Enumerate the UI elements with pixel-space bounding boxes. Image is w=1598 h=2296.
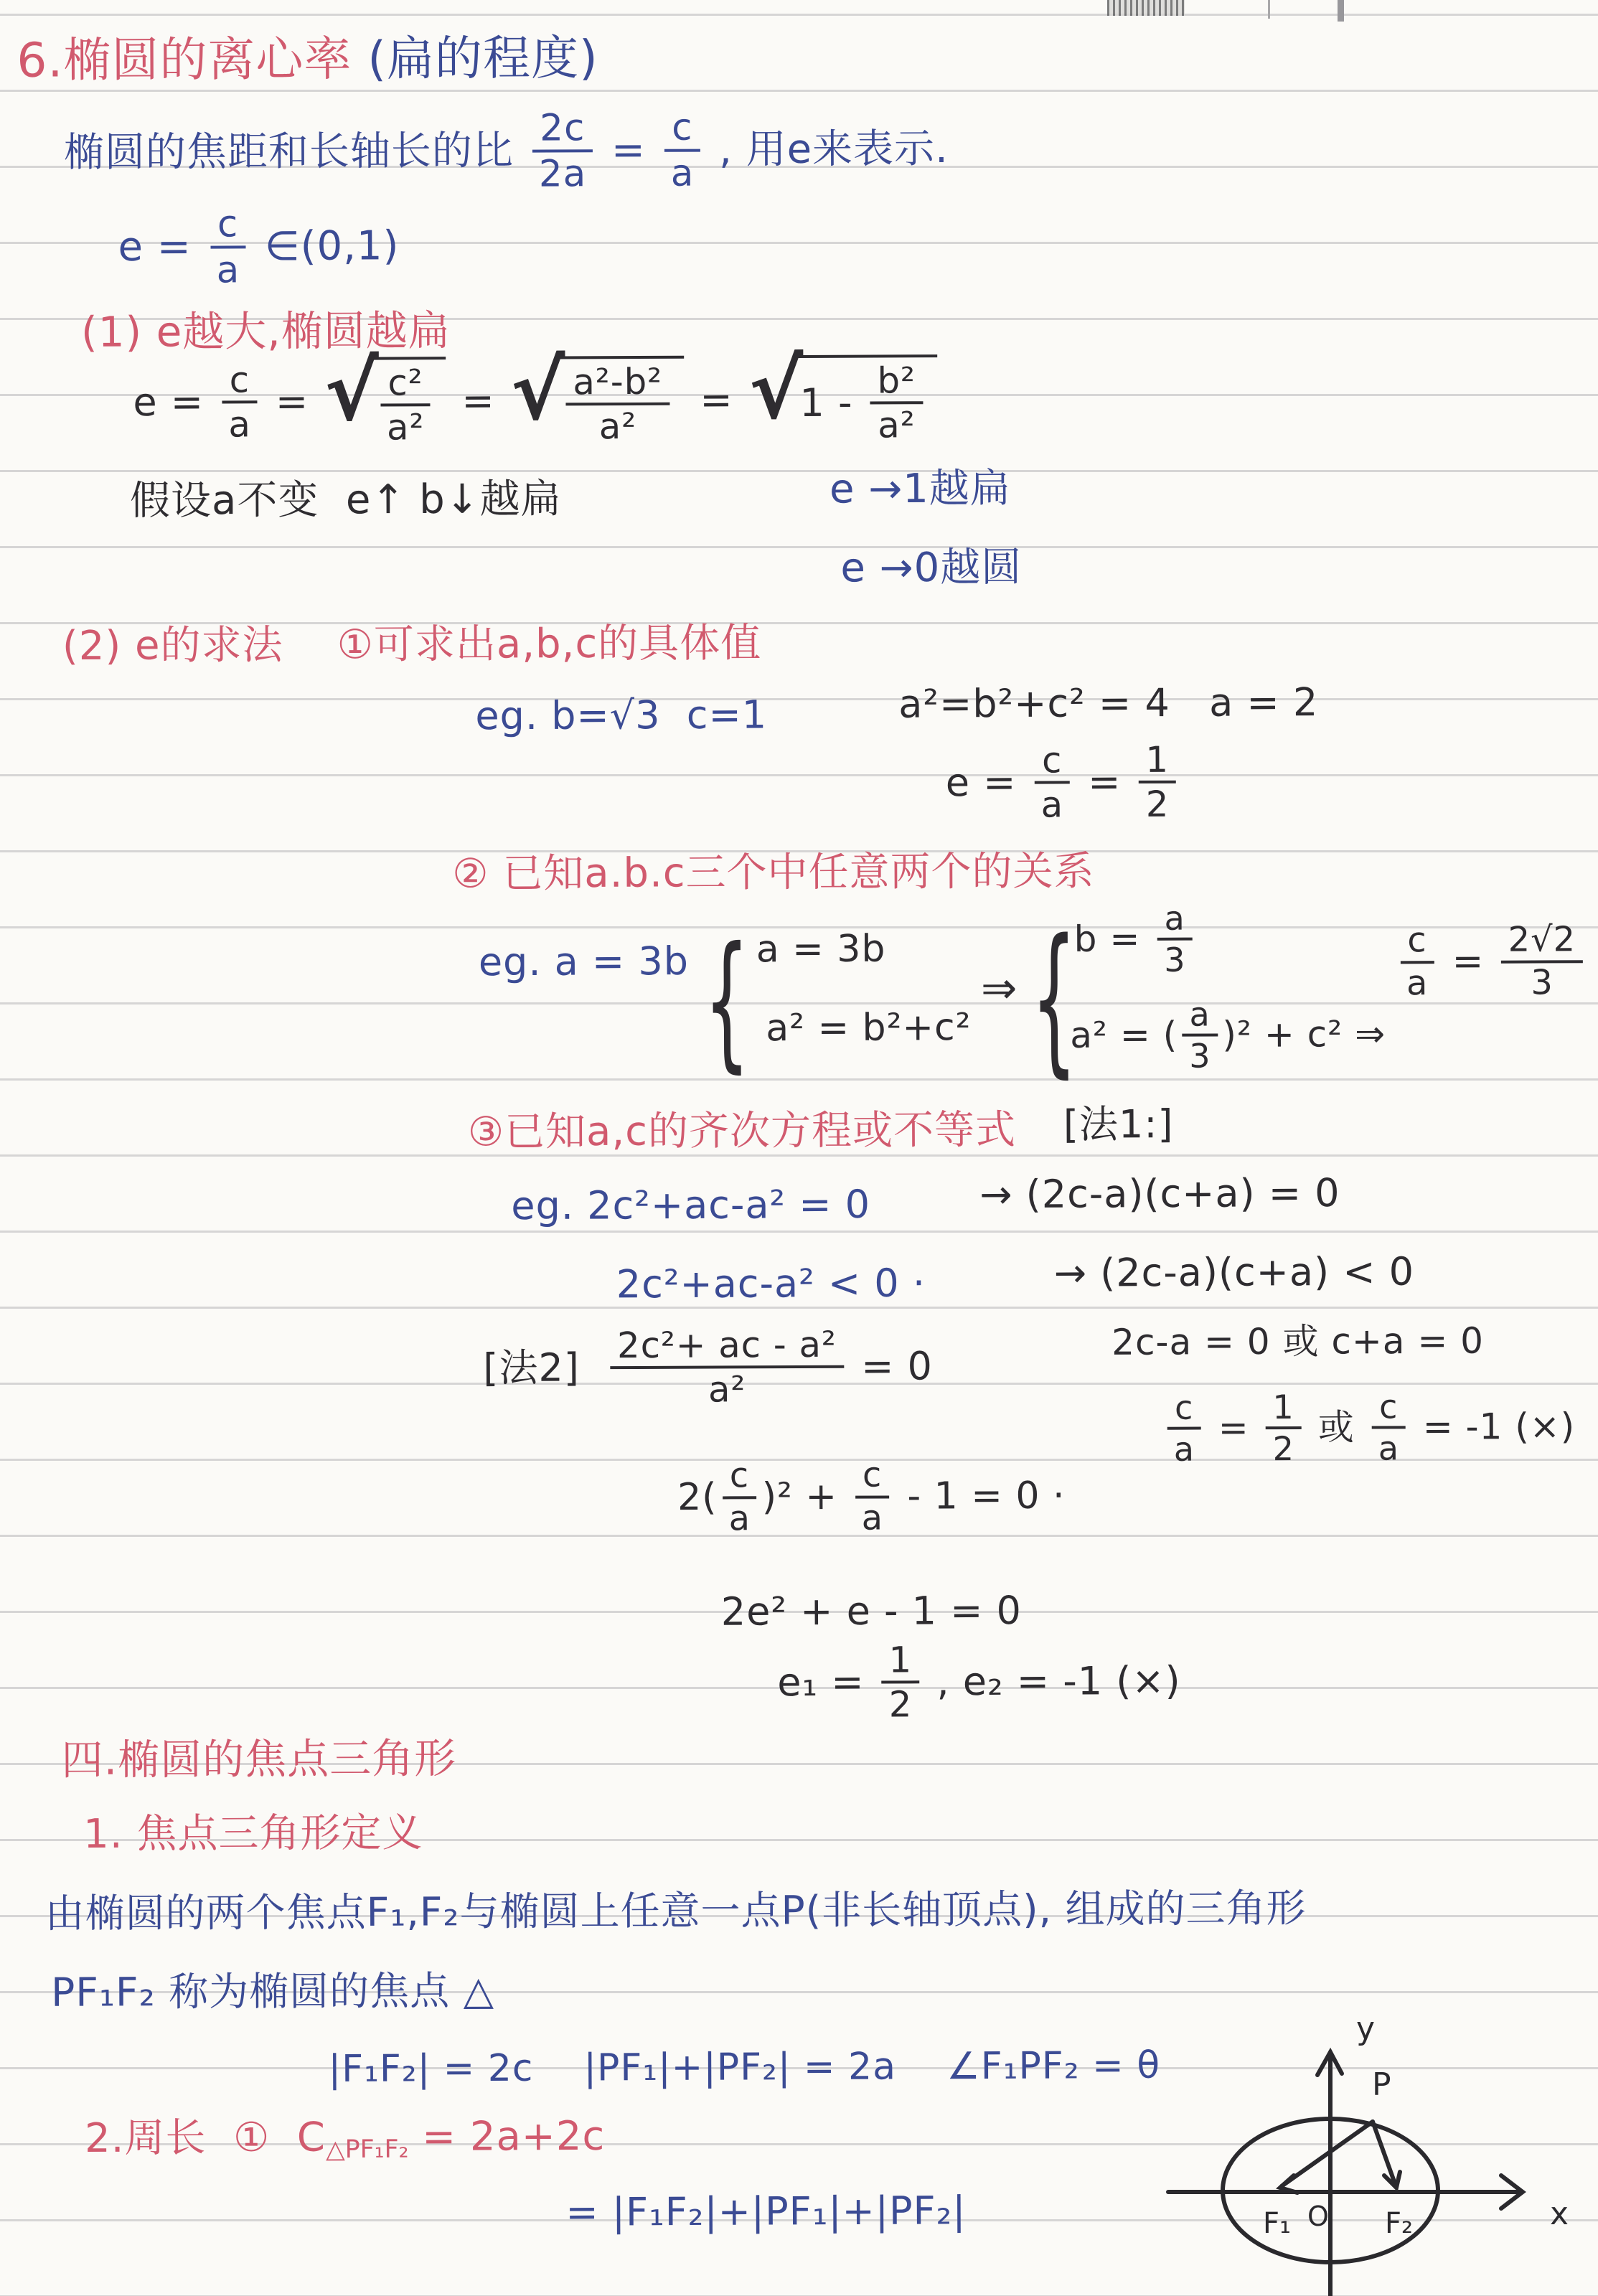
numerator: 1: [1265, 1390, 1302, 1430]
text-run: 2c²+ac-a² < 0 ·: [616, 1261, 926, 1307]
denominator: a: [1371, 1429, 1406, 1467]
text-run: (扁的程度): [367, 30, 598, 86]
diagram-label-x: x: [1550, 2196, 1569, 2232]
denominator: a: [1034, 784, 1071, 824]
radical-sign: √: [511, 356, 566, 425]
eg1-e: e = ca = 12: [946, 741, 1181, 824]
denominator: a: [221, 403, 258, 443]
eg2-brace-left: {: [704, 905, 751, 1086]
fraction: 2c2a: [531, 108, 593, 194]
text-run: =: [263, 379, 322, 424]
text-run: 四.椭圆的焦点三角形: [62, 1734, 457, 1784]
method2-line: [法2] 2c²+ ac - a²a² = 0: [483, 1325, 933, 1409]
fraction: b²a²: [870, 362, 923, 444]
text-run: ② 已知a.b.c三个中任意两个的关系: [452, 848, 1095, 898]
text-run: 假设a不变 e↑ b↓越扁: [130, 476, 562, 524]
numerator: 2√2: [1501, 922, 1584, 964]
eg1-solve: a²=b²+c² = 4 a = 2: [898, 678, 1318, 727]
section4-heading: 四.椭圆的焦点三角形: [62, 1732, 457, 1784]
e-to-0: e →0越圆: [840, 543, 1022, 592]
eg2-implies: ⇒: [981, 962, 1018, 1014]
denominator: 3: [1523, 964, 1561, 1002]
fraction: ca: [663, 108, 701, 193]
numerator: c: [1167, 1391, 1201, 1430]
numerator: 2c²+ ac - a²: [610, 1326, 844, 1370]
radical-sign: √: [749, 355, 804, 425]
numerator: c: [1372, 1389, 1406, 1429]
fraction: 12: [881, 1641, 919, 1723]
e-solutions: e₁ = 12 , e₂ = -1 (×): [777, 1640, 1181, 1724]
text-run: 1. 焦点三角形定义: [83, 1810, 423, 1858]
fraction: ca: [1371, 1389, 1406, 1466]
text-run: eg. b=√3 c=1: [475, 692, 767, 739]
text-run: ⇒: [981, 964, 1018, 1014]
denominator: a²: [592, 405, 644, 445]
square-root: √1 - b²a²: [749, 354, 938, 444]
fraction: ca: [854, 1457, 890, 1537]
title: 6.椭圆的离心率 (扁的程度): [17, 28, 598, 88]
text-run: 由椭圆的两个焦点F₁,F₂与椭圆上任意一点P(非长轴顶点), 组成的三角形: [45, 1885, 1307, 1937]
definition-text2: PF₁F₂ 称为椭圆的焦点 △: [51, 1966, 494, 2015]
eg1-given: eg. b=√3 c=1: [475, 690, 767, 738]
notebook-page: 6.椭圆的离心率 (扁的程度)椭圆的焦距和长轴长的比 2c2a = ca , 用…: [0, 0, 1598, 2296]
text-run: |F₁F₂| = 2c |PF₁|+|PF₂| = 2a ∠F₁PF₂ = θ: [328, 2044, 1160, 2091]
text-run: e →1越扁: [829, 465, 1011, 512]
e-range: e = ca ∈(0,1): [118, 204, 399, 290]
eg2-sys2: a² = b²+c²: [766, 1005, 971, 1050]
case2-heading: ② 已知a.b.c三个中任意两个的关系: [452, 847, 1095, 898]
denominator: a: [1167, 1430, 1202, 1467]
text-run: b =: [1074, 918, 1153, 959]
eg2-res1: b = a3: [1074, 901, 1198, 978]
text-run: {: [704, 915, 751, 1087]
numerator: c: [855, 1457, 890, 1498]
fraction: 2√23: [1501, 922, 1584, 1002]
text-run: △PF₁F₂: [326, 2135, 409, 2165]
e-sqrt-formula: e = ca = √c²a² = √a²-b²a² = √1 - b²a²: [133, 354, 940, 447]
fraction: ca: [1033, 741, 1071, 824]
perimeter-heading: 2.周长 ① C△PF₁F₂ = 2a+2c: [85, 2112, 605, 2165]
text-run: [法2]: [483, 1345, 606, 1391]
text-run: 2(: [677, 1476, 718, 1519]
text-run: ∈(0,1): [251, 222, 400, 270]
eg2-sys1: a = 3b: [756, 926, 886, 971]
eg3-eq-factored: → (2c-a)(c+a) = 0: [979, 1169, 1340, 1218]
text-run: )² + c² ⇒: [1222, 1013, 1386, 1055]
text-run: =: [1439, 940, 1497, 983]
point2-heading: (2) e的求法 ①可求出a,b,c的具体值: [62, 618, 762, 669]
denominator: a: [664, 152, 702, 193]
diagram-label-f1: F₁: [1263, 2207, 1291, 2240]
text-run: =: [687, 377, 746, 422]
text-run: = |F₁F₂|+|PF₁|+|PF₂|: [565, 2188, 966, 2234]
text-run: =: [598, 127, 659, 174]
text-run: a²=b²+c² = 4 a = 2: [898, 679, 1318, 727]
point1-heading: (1) e越大,椭圆越扁: [81, 304, 451, 356]
denominator: a: [210, 248, 248, 289]
text-run: eg. 2c²+ac-a² = 0: [511, 1182, 870, 1228]
fraction: a²-b²a²: [565, 363, 669, 446]
text-run: , e₂ = -1 (×): [923, 1658, 1181, 1705]
numerator: c: [664, 108, 700, 152]
denominator: 2a: [532, 152, 594, 193]
denominator: a²: [870, 404, 923, 443]
text-run: 2.周长 ① C: [85, 2114, 326, 2162]
text-run: → (2c-a)(c+a) = 0: [979, 1170, 1340, 1217]
numerator: c: [1035, 741, 1070, 784]
fraction: ca: [1166, 1391, 1202, 1467]
numerator: c: [210, 204, 246, 248]
relations: |F₁F₂| = 2c |PF₁|+|PF₂| = 2a ∠F₁PF₂ = θ: [328, 2043, 1160, 2092]
numerator: c: [222, 361, 258, 403]
assume-a: 假设a不变 e↑ b↓越扁: [130, 474, 562, 524]
text-run: a² = b²+c²: [766, 1006, 971, 1050]
eg2-answer: ca = 2√23: [1395, 922, 1588, 1002]
text-run: =: [1206, 1407, 1261, 1449]
handwriting-layer: 6.椭圆的离心率 (扁的程度)椭圆的焦距和长轴长的比 2c2a = ca , 用…: [0, 0, 1598, 2296]
text-run: [法1:]: [1063, 1101, 1174, 1147]
text-run: e =: [118, 223, 205, 270]
square-root: √a²-b²a²: [511, 356, 685, 446]
numerator: a²-b²: [565, 363, 669, 406]
text-run: = 0: [848, 1343, 933, 1389]
fraction: a3: [1157, 901, 1193, 978]
radicand: 1 - b²a²: [798, 354, 937, 444]
method2-ratios: ca = 12 或 ca = -1 (×): [1162, 1388, 1575, 1467]
eg3-ineq: 2c²+ac-a² < 0 ·: [616, 1258, 926, 1307]
text-run: 6.椭圆的离心率: [17, 32, 367, 88]
denominator: 2: [1139, 784, 1177, 823]
denominator: a²: [380, 406, 432, 446]
denominator: 3: [1182, 1037, 1218, 1074]
text-run: (1) e越大,椭圆越扁: [81, 306, 451, 357]
def-ratio: 椭圆的焦距和长轴长的比 2c2a = ca , 用e来表示.: [64, 107, 949, 196]
text-run: 2e² + e - 1 = 0: [721, 1588, 1022, 1634]
quadratic-e: 2e² + e - 1 = 0: [721, 1586, 1022, 1634]
diagram-label-p: P: [1372, 2066, 1391, 2103]
focal-triangle-diagram: y x P O F₁ F₂: [1148, 2009, 1598, 2296]
numerator: 1: [881, 1641, 919, 1683]
text-run: = -1 (×): [1411, 1406, 1576, 1448]
radicand: a²-b²a²: [560, 356, 684, 446]
numerator: c: [723, 1458, 757, 1499]
text-run: a² = (: [1070, 1014, 1178, 1056]
text-run: → (2c-a)(c+a) < 0: [1054, 1249, 1415, 1296]
text-run: e =: [133, 380, 217, 425]
denominator: a: [855, 1499, 891, 1537]
fraction: ca: [221, 361, 258, 443]
text-run: 或: [1306, 1406, 1367, 1448]
quadratic-ratio: 2(ca)² + ca - 1 = 0 ·: [677, 1457, 1066, 1538]
text-run: 1 -: [799, 381, 865, 425]
radicand: c²a²: [374, 357, 446, 446]
diagram-label-y: y: [1356, 2010, 1375, 2047]
fraction: 12: [1265, 1390, 1302, 1467]
denominator: a: [722, 1499, 758, 1537]
method1-label: [法1:]: [1063, 1100, 1174, 1147]
fraction: ca: [209, 204, 247, 289]
eg2-res2: a² = (a3)² + c² ⇒: [1070, 996, 1386, 1074]
numerator: b²: [870, 362, 923, 404]
numerator: a: [1157, 901, 1192, 941]
fraction: ca: [721, 1458, 758, 1538]
denominator: 2: [1266, 1429, 1302, 1467]
text-run: a = 3b: [756, 928, 886, 971]
numerator: c²: [380, 364, 430, 406]
text-run: )² +: [762, 1475, 850, 1519]
fraction: ca: [1399, 923, 1436, 1002]
numerator: 1: [1138, 741, 1176, 784]
case3-heading: ③已知a,c的齐次方程或不等式: [468, 1106, 1016, 1156]
denominator: 3: [1157, 941, 1193, 978]
text-run: PF₁F₂ 称为椭圆的焦点 △: [51, 1967, 494, 2015]
diagram-label-o: O: [1307, 2201, 1329, 2232]
text-run: =: [448, 378, 508, 423]
sub1-heading: 1. 焦点三角形定义: [83, 1808, 423, 1858]
perimeter-expand: = |F₁F₂|+|PF₁|+|PF₂|: [565, 2186, 966, 2235]
fraction: 2c²+ ac - a²a²: [610, 1326, 844, 1409]
e-to-1: e →1越扁: [829, 464, 1011, 513]
text-run: e =: [946, 760, 1030, 806]
eg3-eq: eg. 2c²+ac-a² = 0: [511, 1180, 870, 1229]
fraction: a3: [1182, 997, 1218, 1073]
eg3-ineq-factored: → (2c-a)(c+a) < 0: [1054, 1247, 1415, 1296]
numerator: a: [1182, 997, 1217, 1037]
text-run: - 1 = 0 ·: [895, 1474, 1066, 1518]
radical-sign: √: [324, 357, 380, 427]
diagram-label-f2: F₂: [1385, 2207, 1413, 2240]
eg2-given: eg. a = 3b: [479, 937, 689, 985]
numerator: c: [1400, 923, 1434, 964]
denominator: a²: [701, 1368, 753, 1408]
text-run: e →0越圆: [840, 544, 1022, 591]
numerator: 2c: [532, 108, 592, 152]
method2-cases: 2c-a = 0 或 c+a = 0: [1111, 1319, 1484, 1364]
square-root: √c²a²: [324, 357, 446, 446]
text-run: =: [1075, 759, 1134, 804]
text-run: ③已知a,c的齐次方程或不等式: [468, 1106, 1016, 1155]
text-run: 2c-a = 0 或 c+a = 0: [1111, 1320, 1484, 1363]
text-run: e₁ =: [777, 1660, 878, 1705]
text-run: 椭圆的焦距和长轴长的比: [64, 128, 527, 177]
fraction: c²a²: [380, 364, 432, 446]
text-run: (2) e的求法 ①可求出a,b,c的具体值: [62, 620, 762, 669]
definition-text: 由椭圆的两个焦点F₁,F₂与椭圆上任意一点P(非长轴顶点), 组成的三角形: [44, 1883, 1306, 1937]
denominator: a: [1399, 964, 1436, 1002]
text-run: , 用e来表示.: [705, 126, 949, 173]
denominator: 2: [882, 1683, 920, 1723]
text-run: eg. a = 3b: [479, 938, 689, 984]
text-run: = 2a+2c: [408, 2113, 605, 2160]
fraction: 12: [1138, 741, 1176, 824]
